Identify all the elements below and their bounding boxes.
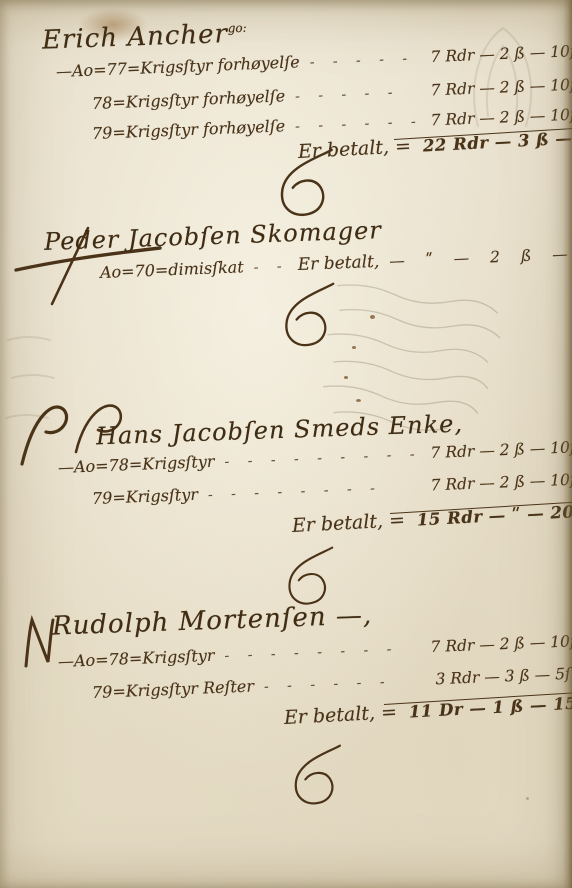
row-amount: 7 Rdr — 2 ß — 10ſ — [430, 632, 572, 656]
row-label: 78=Krigsſtyr forhøyelſe — [92, 86, 286, 113]
leader-dashes: - - - - - - — [295, 114, 423, 135]
paid-label: Er betalt, — [297, 252, 379, 275]
ink-speck — [526, 797, 529, 800]
leader-dashes: - - - - - - - - — [208, 479, 423, 504]
pen-flourish-loop-icon — [290, 744, 346, 808]
pen-flourish-loop-icon — [281, 282, 339, 350]
page-right-edge — [563, 0, 572, 888]
ledger-row: 79=Krigsſtyr - - - - - - - - 7 Rdr — 2 ß… — [92, 470, 572, 508]
pen-flourish-loop-icon — [286, 546, 336, 608]
row-amount: 3 Rdr — 3 ß — 5ſ. — [435, 665, 572, 689]
leader-dashes: - - - - - - - - - — [224, 446, 423, 470]
row-amount: 7 Rdr — 2 ß — 10ſ — [430, 471, 572, 495]
total-label: Er betalt, = — [291, 509, 405, 537]
entry-name: Rudolph Mortenſen —, — [52, 600, 373, 641]
leader-dashes: - - - - - - - — [309, 50, 423, 71]
total-row: Er betalt, = 11 Dr — 1 ß — 15ſ — [283, 691, 572, 729]
entry-name: Peder Jacobſen Skomager — [44, 216, 383, 256]
manuscript-page: Erich Anchergo: —Ao=77=Krigsſtyr forhøye… — [0, 0, 572, 888]
leader-dashes: - - - - - - — [264, 673, 428, 696]
pen-flourish-loop-icon — [275, 148, 339, 220]
row-label: 79=Krigsſtyr Reſter — [92, 677, 255, 702]
entry-name-text: Erich Ancher — [42, 19, 229, 55]
row-label: —Ao=78=Krigsſtyr — [58, 646, 215, 671]
leader-dashes: - - - - - — [253, 259, 286, 276]
row-amount: 7 Rdr — 2 ß — 10ſ — [430, 438, 572, 462]
entry-name-text: Peder Jacobſen Skomager — [44, 216, 383, 256]
leader-dashes: - - - - - - - - — [224, 640, 423, 664]
row-label: 79=Krigsſtyr — [92, 485, 199, 508]
leader-dashes: - - - - - — [295, 84, 423, 105]
row-amount: — ʺ — 2 ß — — [389, 245, 572, 270]
total-label: Er betalt, = — [283, 701, 397, 729]
entry-name: Erich Anchergo: — [42, 18, 248, 55]
entry-name-text: Rudolph Mortenſen —, — [52, 600, 373, 641]
row-label: 79=Krigsſtyr forhøyelſe — [92, 116, 286, 143]
entry-name-suffix: go: — [227, 21, 246, 36]
total-amount: 22 Rdr — 3 ß — 6ſ — [422, 127, 572, 155]
row-label: —Ao=77=Krigsſtyr forhøyelſe — [56, 52, 300, 81]
